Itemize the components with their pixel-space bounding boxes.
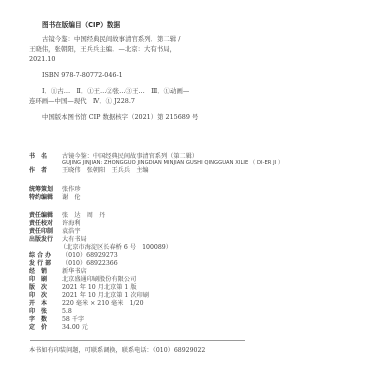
colophon-planner-row: 统筹策划张作珍 [29,186,81,194]
authors: 王晓伟 张朝阳 王兵兵 主编 [62,167,149,175]
colophon-general-office-row: 综 合 办（010）68929273 [29,252,118,260]
printer: 北京盛通印刷股份有限公司 [62,276,136,284]
colophon-proofreader-row: 责任校对许海利 [29,220,81,228]
publisher: 大有书局 [62,236,87,244]
special-editor: 谢 伦 [62,194,81,202]
sheets: 5.8 [62,308,72,316]
colophon-distribution-row: 发 行 部（010）68922366 [29,260,118,268]
author-label: 作 者 [29,167,62,175]
seller: 新华书店 [62,268,87,276]
publisher-address: （北京市海淀区长春桥 6 号 100089） [60,244,172,252]
impression-label: 印 次 [29,292,62,300]
footer-notice: 本书如有印装问题，可联系调换，联系电话：（010）68929022 [29,345,205,354]
colophon-word-count-row: 字 数58 千字 [29,316,84,324]
editors: 张 达 周 丹 [62,212,105,220]
cip-number: 中国版本图书馆 CIP 数据核字（2021）第 215689 号 [42,112,198,122]
cip-title-line: 古镜今鉴：中国经典民间故事清官系列．第二辑 / [42,34,180,44]
cip-heading: 图书在版编目（CIP）数据 [42,19,120,29]
proofreader: 许海利 [62,220,81,228]
colophon-special-editor-row: 特约编辑谢 伦 [29,194,81,202]
format: 220 毫米 × 210 毫米 1/20 [62,300,144,308]
price-label: 定 价 [29,324,62,332]
editor-label: 责任编辑 [29,212,62,220]
publisher-label: 出版发行 [29,236,62,244]
printing-supervisor-label: 责任印制 [29,228,62,236]
colophon-seller-row: 经 销新华书店 [29,268,87,276]
impression: 2021 年 10 月北京第 1 次印刷 [62,292,149,300]
distribution-phone: （010）68922366 [62,260,118,268]
colophon-format-row: 开 本220 毫米 × 210 毫米 1/20 [29,300,144,308]
colophon-author-row: 作 者王晓伟 张朝阳 王兵兵 主编 [29,167,149,175]
format-label: 开 本 [29,300,62,308]
colophon-publisher-row: 出版发行大有书局 [29,236,87,244]
price: 34.00 元 [62,324,88,332]
seller-label: 经 销 [29,268,62,276]
isbn: ISBN 978-7-80772-046-1 [42,70,123,80]
planner: 张作珍 [62,186,81,194]
divider-line [30,340,245,341]
cip-date-line: 2021.10 [29,54,55,64]
colophon-sheets-row: 印 张5.8 [29,308,72,316]
word-count-label: 字 数 [29,316,62,324]
title-label: 书 名 [29,153,62,161]
edition-label: 版 次 [29,284,62,292]
printer-label: 印 刷 [29,276,62,284]
printing-supervisor: 袁浩宇 [62,228,81,236]
general-office-label: 综 合 办 [29,252,62,260]
colophon-edition-row: 版 次2021 年 10 月北京第 1 版 [29,284,137,292]
cip-editors-line: 王晓伟，张朝阳，王兵兵主编．—北京：大有书局， [29,44,176,54]
colophon-price-row: 定 价34.00 元 [29,324,88,332]
sheets-label: 印 张 [29,308,62,316]
proofreader-label: 责任校对 [29,220,62,228]
colophon-printing-supervisor-row: 责任印制袁浩宇 [29,228,81,236]
classification-line-2: 连环画—中国—现代 Ⅳ．① J228.7 [29,96,135,106]
distribution-label: 发 行 部 [29,260,62,268]
planner-label: 统筹策划 [29,186,62,194]
special-editor-label: 特约编辑 [29,194,62,202]
edition: 2021 年 10 月北京第 1 版 [62,284,137,292]
colophon-impression-row: 印 次2021 年 10 月北京第 1 次印刷 [29,292,149,300]
classification-line-1: Ⅰ．①古… Ⅱ．①王…②张…③王… Ⅲ．①动画— [42,86,189,96]
word-count: 58 千字 [62,316,84,324]
colophon-editor-row: 责任编辑张 达 周 丹 [29,212,105,220]
colophon-printer-row: 印 刷北京盛通印刷股份有限公司 [29,276,136,284]
general-office-phone: （010）68929273 [62,252,118,260]
